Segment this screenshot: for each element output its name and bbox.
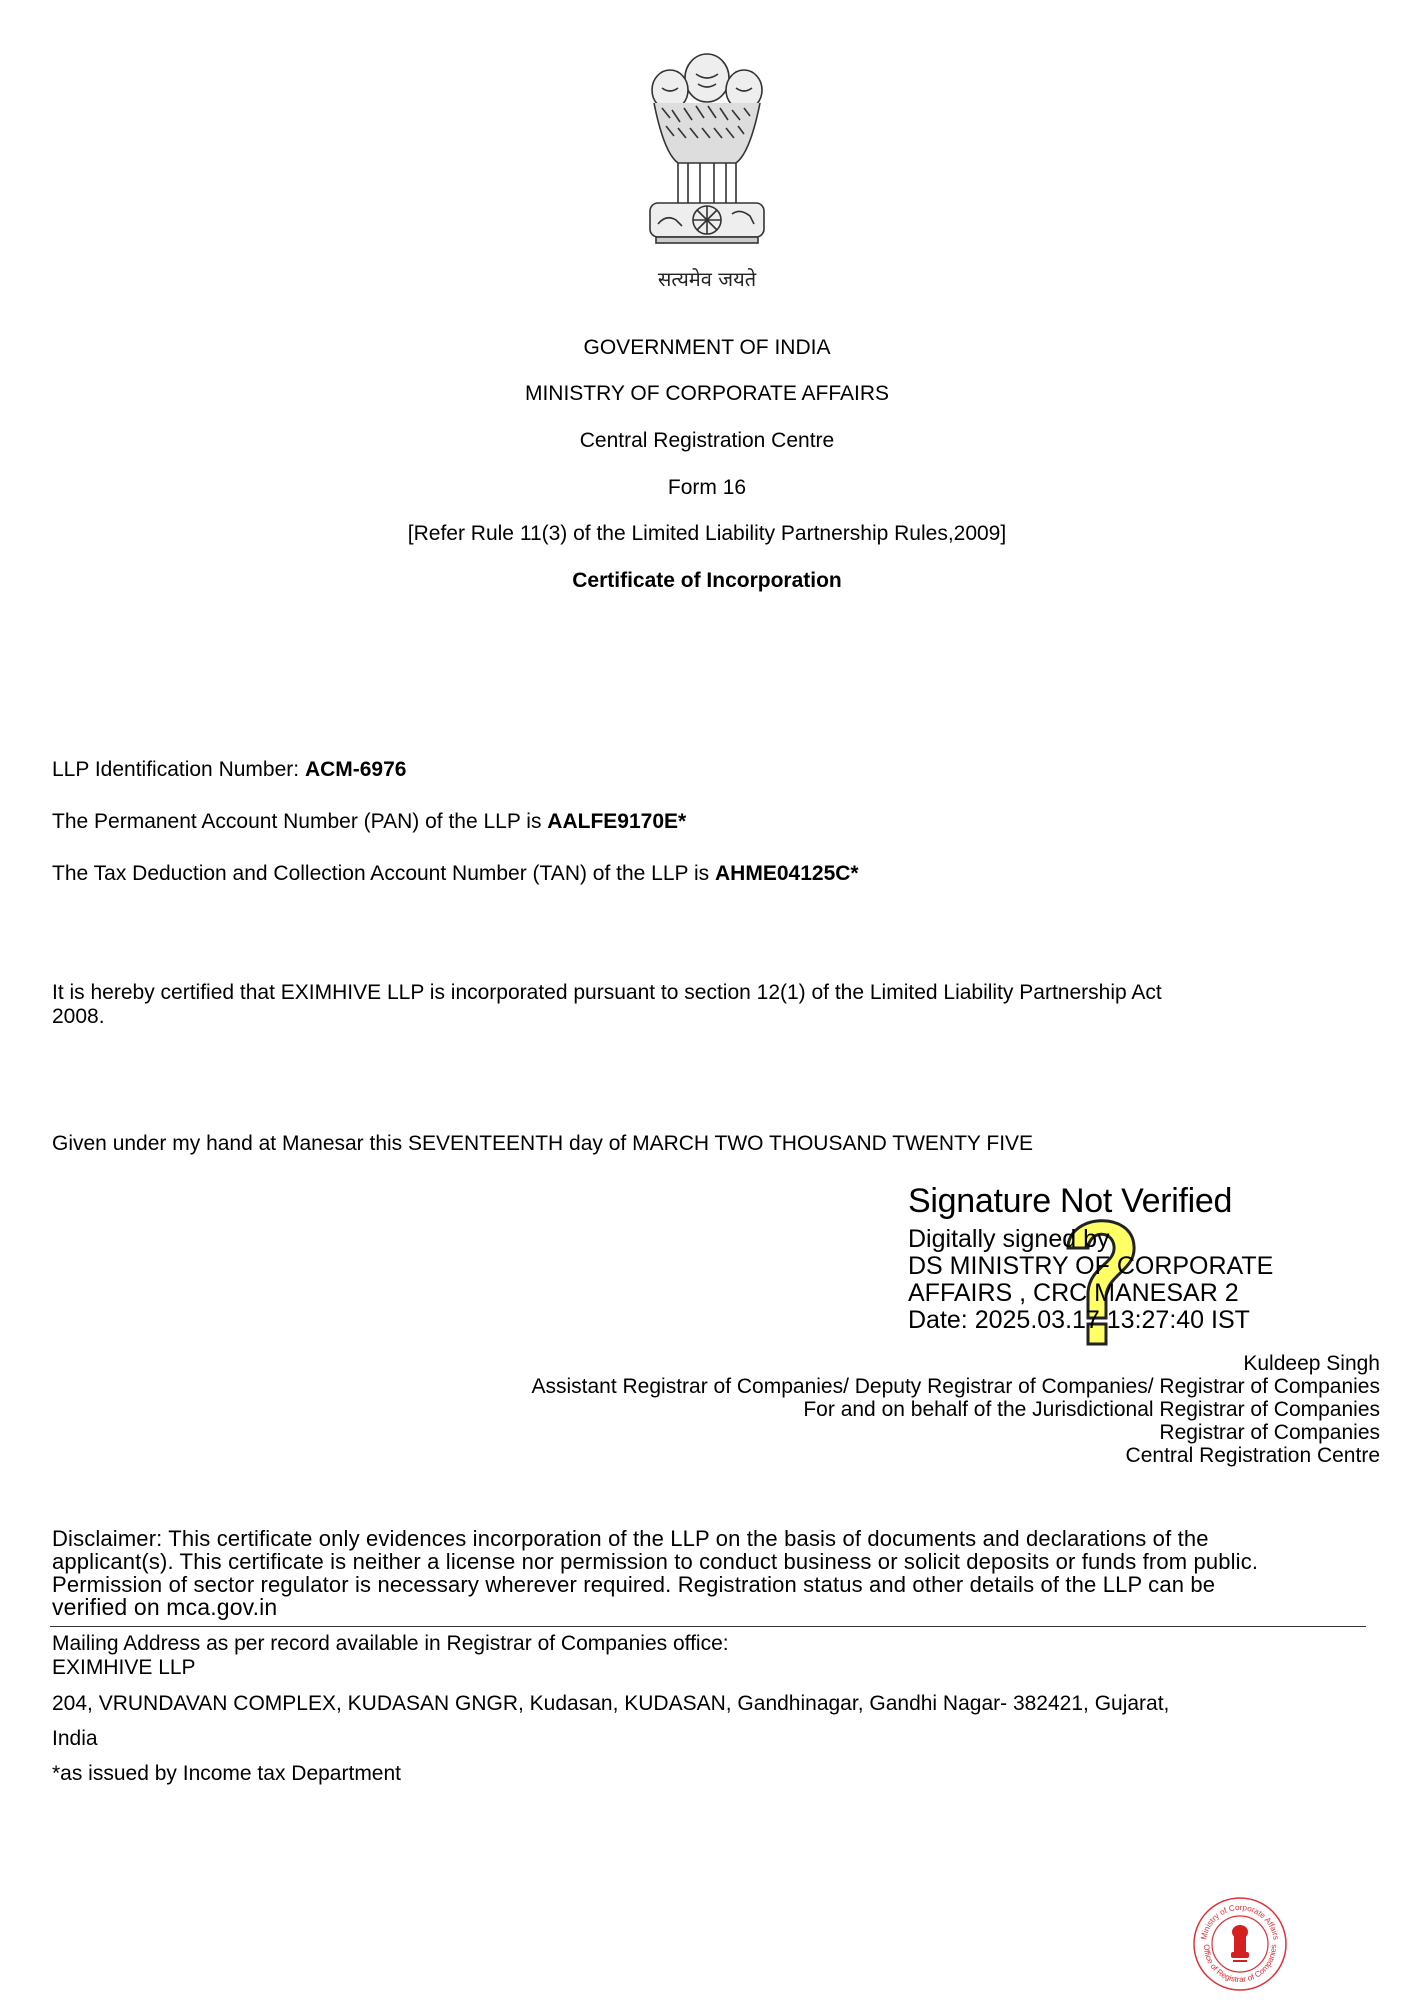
national-motto: सत्यमेव जयते	[632, 265, 782, 292]
disclaimer: Disclaimer: This certificate only eviden…	[52, 1527, 1402, 1619]
signature-status: Signature Not Verified	[908, 1182, 1328, 1220]
divider	[50, 1626, 1366, 1627]
mailing-heading: Mailing Address as per record available …	[52, 1632, 729, 1656]
registrar-of-companies-seal-icon: Ministry of Corporate Affairs Office of …	[1190, 1894, 1290, 1994]
tan-label: The Tax Deduction and Collection Account…	[52, 862, 715, 885]
header-form: Form 16	[0, 476, 1414, 500]
disclaimer-line-3: Permission of sector regulator is necess…	[52, 1573, 1402, 1596]
certification-line-1: It is hereby certified that EXIMHIVE LLP…	[52, 981, 1162, 1005]
disclaimer-line-2: applicant(s). This certificate is neithe…	[52, 1550, 1402, 1573]
registrar-centre: Central Registration Centre	[531, 1444, 1380, 1467]
disclaimer-line-4: verified on mca.gov.in	[52, 1596, 1402, 1619]
header-ministry: MINISTRY OF CORPORATE AFFAIRS	[0, 382, 1414, 406]
mailing-address-block: Mailing Address as per record available …	[52, 1632, 729, 1680]
national-emblem: सत्यमेव जयते	[632, 48, 782, 288]
certificate-title: Certificate of Incorporation	[0, 569, 1414, 593]
certification-line-2: 2008.	[52, 1005, 1162, 1029]
header-centre: Central Registration Centre	[0, 429, 1414, 453]
certification-statement: It is hereby certified that EXIMHIVE LLP…	[52, 981, 1162, 1029]
tan-row: The Tax Deduction and Collection Account…	[52, 862, 859, 886]
pan-value: AALFE9170E*	[547, 810, 686, 833]
pan-row: The Permanent Account Number (PAN) of th…	[52, 810, 686, 834]
llpin-label: LLP Identification Number:	[52, 758, 305, 781]
footnote: *as issued by Income tax Department	[52, 1762, 401, 1786]
given-under-hand: Given under my hand at Manesar this SEVE…	[52, 1132, 1033, 1156]
signature-date: Date: 2025.03.17 13:27:40 IST	[908, 1307, 1328, 1334]
mailing-name: EXIMHIVE LLP	[52, 1656, 729, 1680]
mailing-address: 204, VRUNDAVAN COMPLEX, KUDASAN GNGR, Ku…	[52, 1692, 1169, 1716]
llpin-row: LLP Identification Number: ACM-6976	[52, 758, 406, 782]
disclaimer-line-1: Disclaimer: This certificate only eviden…	[52, 1527, 1402, 1550]
registrar-seal: Ministry of Corporate Affairs Office of …	[1190, 1894, 1290, 1994]
registrar-designation: Assistant Registrar of Companies/ Deputy…	[531, 1375, 1380, 1398]
signed-by-label: Digitally signed by	[908, 1226, 1328, 1253]
signer-line-1: DS MINISTRY OF CORPORATE	[908, 1253, 1328, 1280]
header-rule: [Refer Rule 11(3) of the Limited Liabili…	[0, 522, 1414, 546]
digital-signature-block[interactable]: Signature Not Verified Digitally signed …	[908, 1182, 1328, 1334]
tan-value: AHME04125C*	[715, 862, 859, 885]
national-emblem-lion-capital-icon	[632, 48, 782, 258]
registrar-block: Kuldeep Singh Assistant Registrar of Com…	[531, 1352, 1380, 1467]
registrar-behalf: For and on behalf of the Jurisdictional …	[531, 1398, 1380, 1421]
registrar-office: Registrar of Companies	[531, 1421, 1380, 1444]
pan-label: The Permanent Account Number (PAN) of th…	[52, 810, 547, 833]
header-government: GOVERNMENT OF INDIA	[0, 336, 1414, 360]
signer-line-2: AFFAIRS , CRC MANESAR 2	[908, 1280, 1328, 1307]
registrar-name: Kuldeep Singh	[531, 1352, 1380, 1375]
llpin-value: ACM-6976	[305, 758, 407, 781]
mailing-country: India	[52, 1727, 98, 1751]
